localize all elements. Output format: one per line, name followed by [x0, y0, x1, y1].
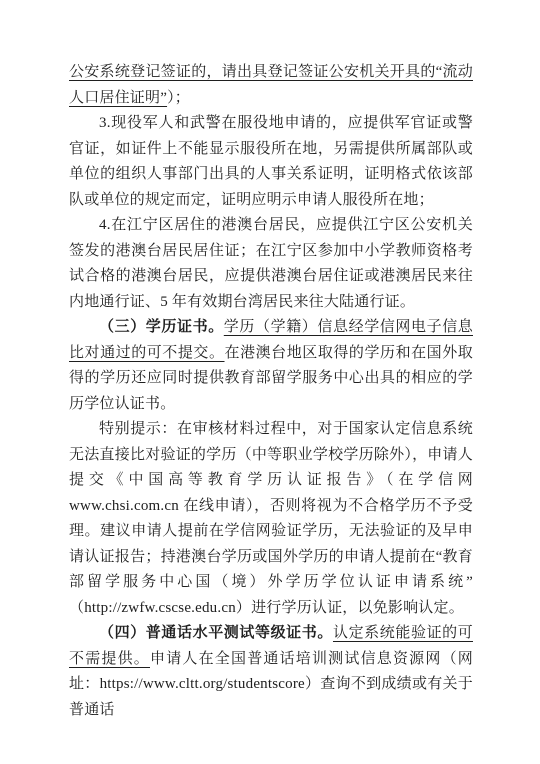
para-item-3-military-police-segment-0: 3.现役军人和武警在服役地申请的，应提供军官证或警官证，如证件上不能显示服役所在…	[69, 115, 473, 208]
para-item-4-hk-macao-taiwan-residents: 4.在江宁区居住的港澳台居民，应提供江宁区公安机关签发的港澳台居民居住证；在江宁…	[69, 213, 473, 315]
document-body: 公安系统登记签证的，请出具登记签证公安机关开具的“流动人口居住证明”）；3.现役…	[69, 60, 473, 723]
para-section-4-putonghua-certificate: （四）普通话水平测试等级证书。认定系统能验证的可不需提供。申请人在全国普通话培训…	[69, 621, 473, 723]
para-section-4-putonghua-certificate-segment-0: （四）普通话水平测试等级证书。	[99, 625, 333, 641]
para-special-note-degree-verification-segment-0: 特别提示：在审核材料过程中，对于国家认定信息系统无法直接比对验证的学历（中等职业…	[69, 421, 473, 616]
para-floating-population-residence-note: 公安系统登记签证的，请出具登记签证公安机关开具的“流动人口居住证明”）；	[69, 60, 473, 111]
para-floating-population-residence-note-segment-0: 公安系统登记签证的，请出具登记签证公安机关开具的“流动人口居住证明”	[69, 64, 473, 106]
para-floating-population-residence-note-segment-1: ）；	[167, 90, 190, 106]
document-page: 公安系统登记签证的，请出具登记签证公安机关开具的“流动人口居住证明”）；3.现役…	[0, 0, 540, 764]
para-special-note-degree-verification: 特别提示：在审核材料过程中，对于国家认定信息系统无法直接比对验证的学历（中等职业…	[69, 417, 473, 621]
para-item-3-military-police: 3.现役军人和武警在服役地申请的，应提供军官证或警官证，如证件上不能显示服役所在…	[69, 111, 473, 213]
para-section-3-education-certificate: （三）学历证书。学历（学籍）信息经学信网电子信息比对通过的可不提交。在港澳台地区…	[69, 315, 473, 417]
para-section-3-education-certificate-segment-0: （三）学历证书。	[99, 319, 224, 335]
para-item-4-hk-macao-taiwan-residents-segment-0: 4.在江宁区居住的港澳台居民，应提供江宁区公安机关签发的港澳台居民居住证；在江宁…	[69, 217, 473, 310]
